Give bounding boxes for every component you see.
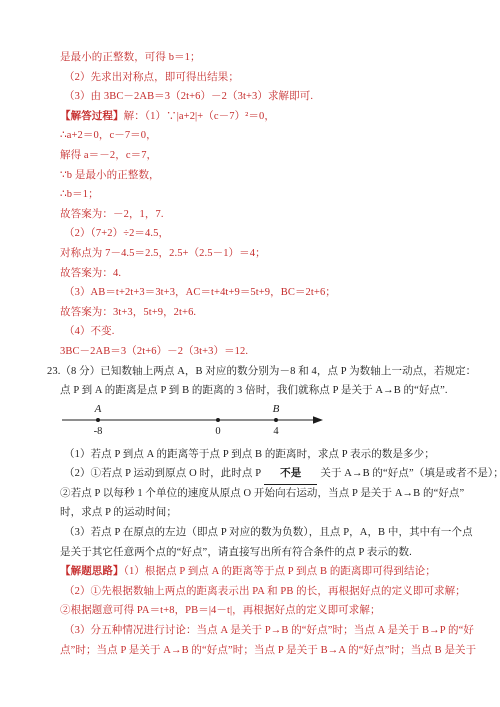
- point-a-dot: [96, 418, 100, 422]
- solution-answer-line: 故答案为：4.: [47, 264, 462, 284]
- solution-step-line: ∴a+2＝0，c－7＝0，: [47, 126, 462, 146]
- point-b-dot: [274, 418, 278, 422]
- part2-item1-pre: （2）①若点 P 运动到原点 O 时，此时点 P: [64, 468, 261, 479]
- number-line-svg: A B -8 0 4: [55, 401, 345, 445]
- solution-step-line: （3）AB＝t+2t+3＝3t+3，AC＝t+4t+9＝5t+9，BC＝2t+6…: [47, 283, 462, 303]
- analysis-line: ②根据题意可得 PA＝t+8，PB＝|4－t|，再根据好点的定义即可求解；: [47, 601, 462, 621]
- question-23-part3: （3）若点 P 在原点的左边（即点 P 对应的数为负数），且点 P，A，B 中，…: [47, 523, 462, 543]
- point-b-label: B: [273, 403, 280, 415]
- solution-answer-line: 故答案为：3t+3，5t+9，2t+6.: [47, 303, 462, 323]
- origin-dot: [216, 418, 220, 422]
- question-23-part2-item2: 时，求点 P 的运动时间；: [47, 503, 462, 523]
- analysis-line: （3）分五种情况进行讨论：当点 A 是关于 P→B 的“好点”时；当点 A 是关…: [47, 621, 462, 641]
- question-23-part3: 是关于其它任意两个点的“好点”，请直接写出所有符合条件的点 P 表示的数.: [47, 543, 462, 563]
- analysis-label: 【解题思路】: [60, 566, 124, 577]
- part2-item1-post: 关于 A→B 的“好点”（填是或者不是）；: [320, 468, 500, 479]
- fill-in-blank-underline: 不是: [264, 464, 317, 485]
- tick-label-4: 4: [273, 426, 279, 437]
- question-23-part1: （1）若点 P 到点 A 的距离等于点 P 到点 B 的距离时，求点 P 表示的…: [47, 445, 462, 465]
- question-23-part2-item2: ②若点 P 以每秒 1 个单位的速度从原点 O 开始向右运动，当点 P 是关于 …: [47, 484, 462, 504]
- solution-step-line: 对称点为 7－4.5＝2.5，2.5+（2.5－1）＝4；: [47, 244, 462, 264]
- solution-analysis-line: （2）先求出对称点，即可得出结果；: [47, 68, 462, 88]
- question-23-part2-item1: （2）①若点 P 运动到原点 O 时，此时点 P不是关于 A→B 的“好点”（填…: [47, 464, 462, 484]
- analysis-line: （2）①先根据数轴上两点的距离表示出 PA 和 PB 的长，再根据好点的定义即可…: [47, 582, 462, 602]
- solution-step-line: 解得 a＝－2，c＝7，: [47, 146, 462, 166]
- solution-analysis-line: 是最小的正整数，可得 b＝1；: [47, 48, 462, 68]
- question-23-stem-line: 23.（8 分）已知数轴上两点 A，B 对应的数分别为－8 和 4，点 P 为数…: [47, 362, 462, 382]
- solution-step-line: （4）不变.: [47, 322, 462, 342]
- analysis-header-line: 【解题思路】（1）根据点 P 到点 A 的距离等于点 P 到点 B 的距离即可得…: [47, 562, 462, 582]
- solution-analysis-line: （3）由 3BC－2AB＝3（2t+6）－2（3t+3）求解即可.: [47, 87, 462, 107]
- solution-process-label: 【解答过程】: [60, 111, 124, 122]
- solution-step-line: 3BC－2AB＝3（2t+6）－2（3t+3）＝12.: [47, 342, 462, 362]
- question-23-stem-line: 点 P 到 A 的距离是点 P 到 B 的距离的 3 倍时，我们就称点 P 是关…: [47, 381, 462, 401]
- tick-label-minus8: -8: [94, 426, 103, 437]
- analysis-step: （1）根据点 P 到点 A 的距离等于点 P 到点 B 的距离即可得到结论；: [124, 566, 436, 577]
- point-a-label: A: [94, 403, 102, 415]
- page-content: 是最小的正整数，可得 b＝1； （2）先求出对称点，即可得出结果； （3）由 3…: [0, 0, 500, 660]
- solution-answer-line: 故答案为：－2，1，7.: [47, 205, 462, 225]
- solution-process-step: 解：（1）∵|a+2|+（c－7）²＝0，: [124, 111, 275, 122]
- tick-label-0: 0: [215, 426, 220, 437]
- analysis-line: 点”时；当点 P 是关于 A→B 的“好点”时；当点 P 是关于 B→A 的“好…: [47, 641, 462, 661]
- number-line-figure: A B -8 0 4: [55, 401, 462, 445]
- axis-right-arrow-icon: [313, 416, 323, 424]
- document-page: 是最小的正整数，可得 b＝1； （2）先求出对称点，即可得出结果； （3）由 3…: [0, 0, 500, 707]
- solution-step-line: ∵b 是最小的正整数，: [47, 166, 462, 186]
- solution-process-header-line: 【解答过程】解：（1）∵|a+2|+（c－7）²＝0，: [47, 107, 462, 127]
- fill-in-answer: 不是: [279, 468, 302, 479]
- solution-step-line: ∴b＝1；: [47, 185, 462, 205]
- solution-step-line: （2）（7+2）÷2＝4.5，: [47, 224, 462, 244]
